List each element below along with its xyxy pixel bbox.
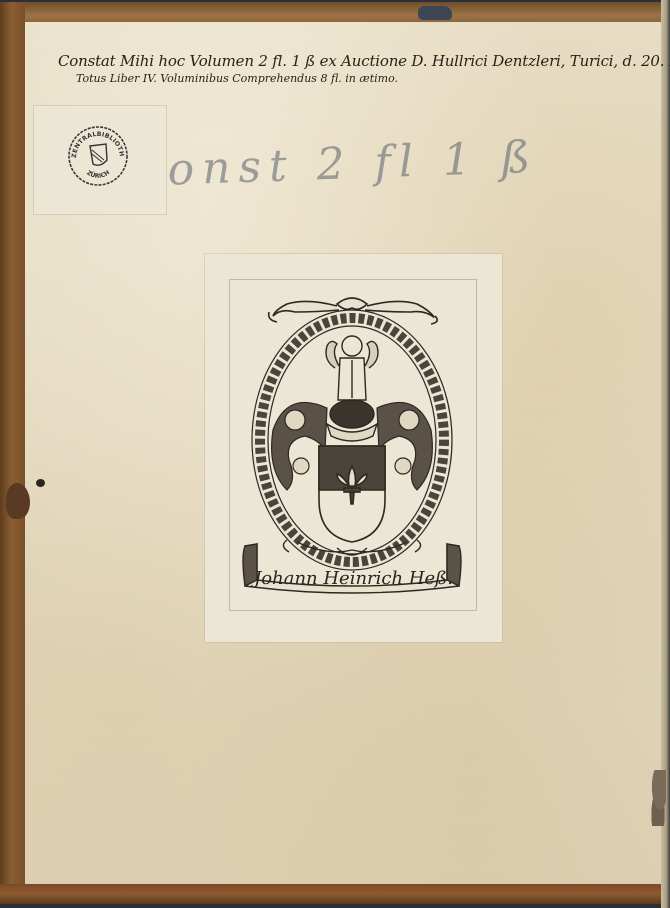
shield-fleur-de-lis-icon xyxy=(319,446,385,542)
library-label: ZENTRALBIBLIOTHEK ZÜRICH xyxy=(34,106,166,214)
bookplate-owner-name: Johann Heinrich Heß. xyxy=(205,568,502,589)
helmet-icon xyxy=(327,400,377,441)
wormhole-damage xyxy=(418,6,452,20)
library-stamp: ZENTRALBIBLIOTHEK ZÜRICH xyxy=(66,124,130,188)
inscription-line-1: Constat Mihi hoc Volumen 2 fl. 1 ß ex Au… xyxy=(58,52,668,70)
ink-blot xyxy=(36,479,45,487)
leather-turn-in-top xyxy=(0,2,666,24)
leather-tear xyxy=(6,483,30,519)
provenance-inscription: Constat Mihi hoc Volumen 2 fl. 1 ß ex Au… xyxy=(58,52,668,85)
paper-tear xyxy=(646,770,666,826)
crest-figure-icon xyxy=(326,336,378,400)
pencil-price-note: onst 2 fl 1 ß xyxy=(167,131,550,224)
shield-icon xyxy=(90,144,107,165)
svg-text:ZÜRICH: ZÜRICH xyxy=(85,169,111,180)
stamp-text-bottom: ZÜRICH xyxy=(85,169,111,180)
bookplate: Johann Heinrich Heß. xyxy=(205,254,502,642)
leather-turn-in-bottom xyxy=(0,884,666,904)
leather-turn-in-left xyxy=(0,2,25,902)
inscription-line-2: Totus Liber IV. Voluminibus Comprehendus… xyxy=(76,72,668,85)
